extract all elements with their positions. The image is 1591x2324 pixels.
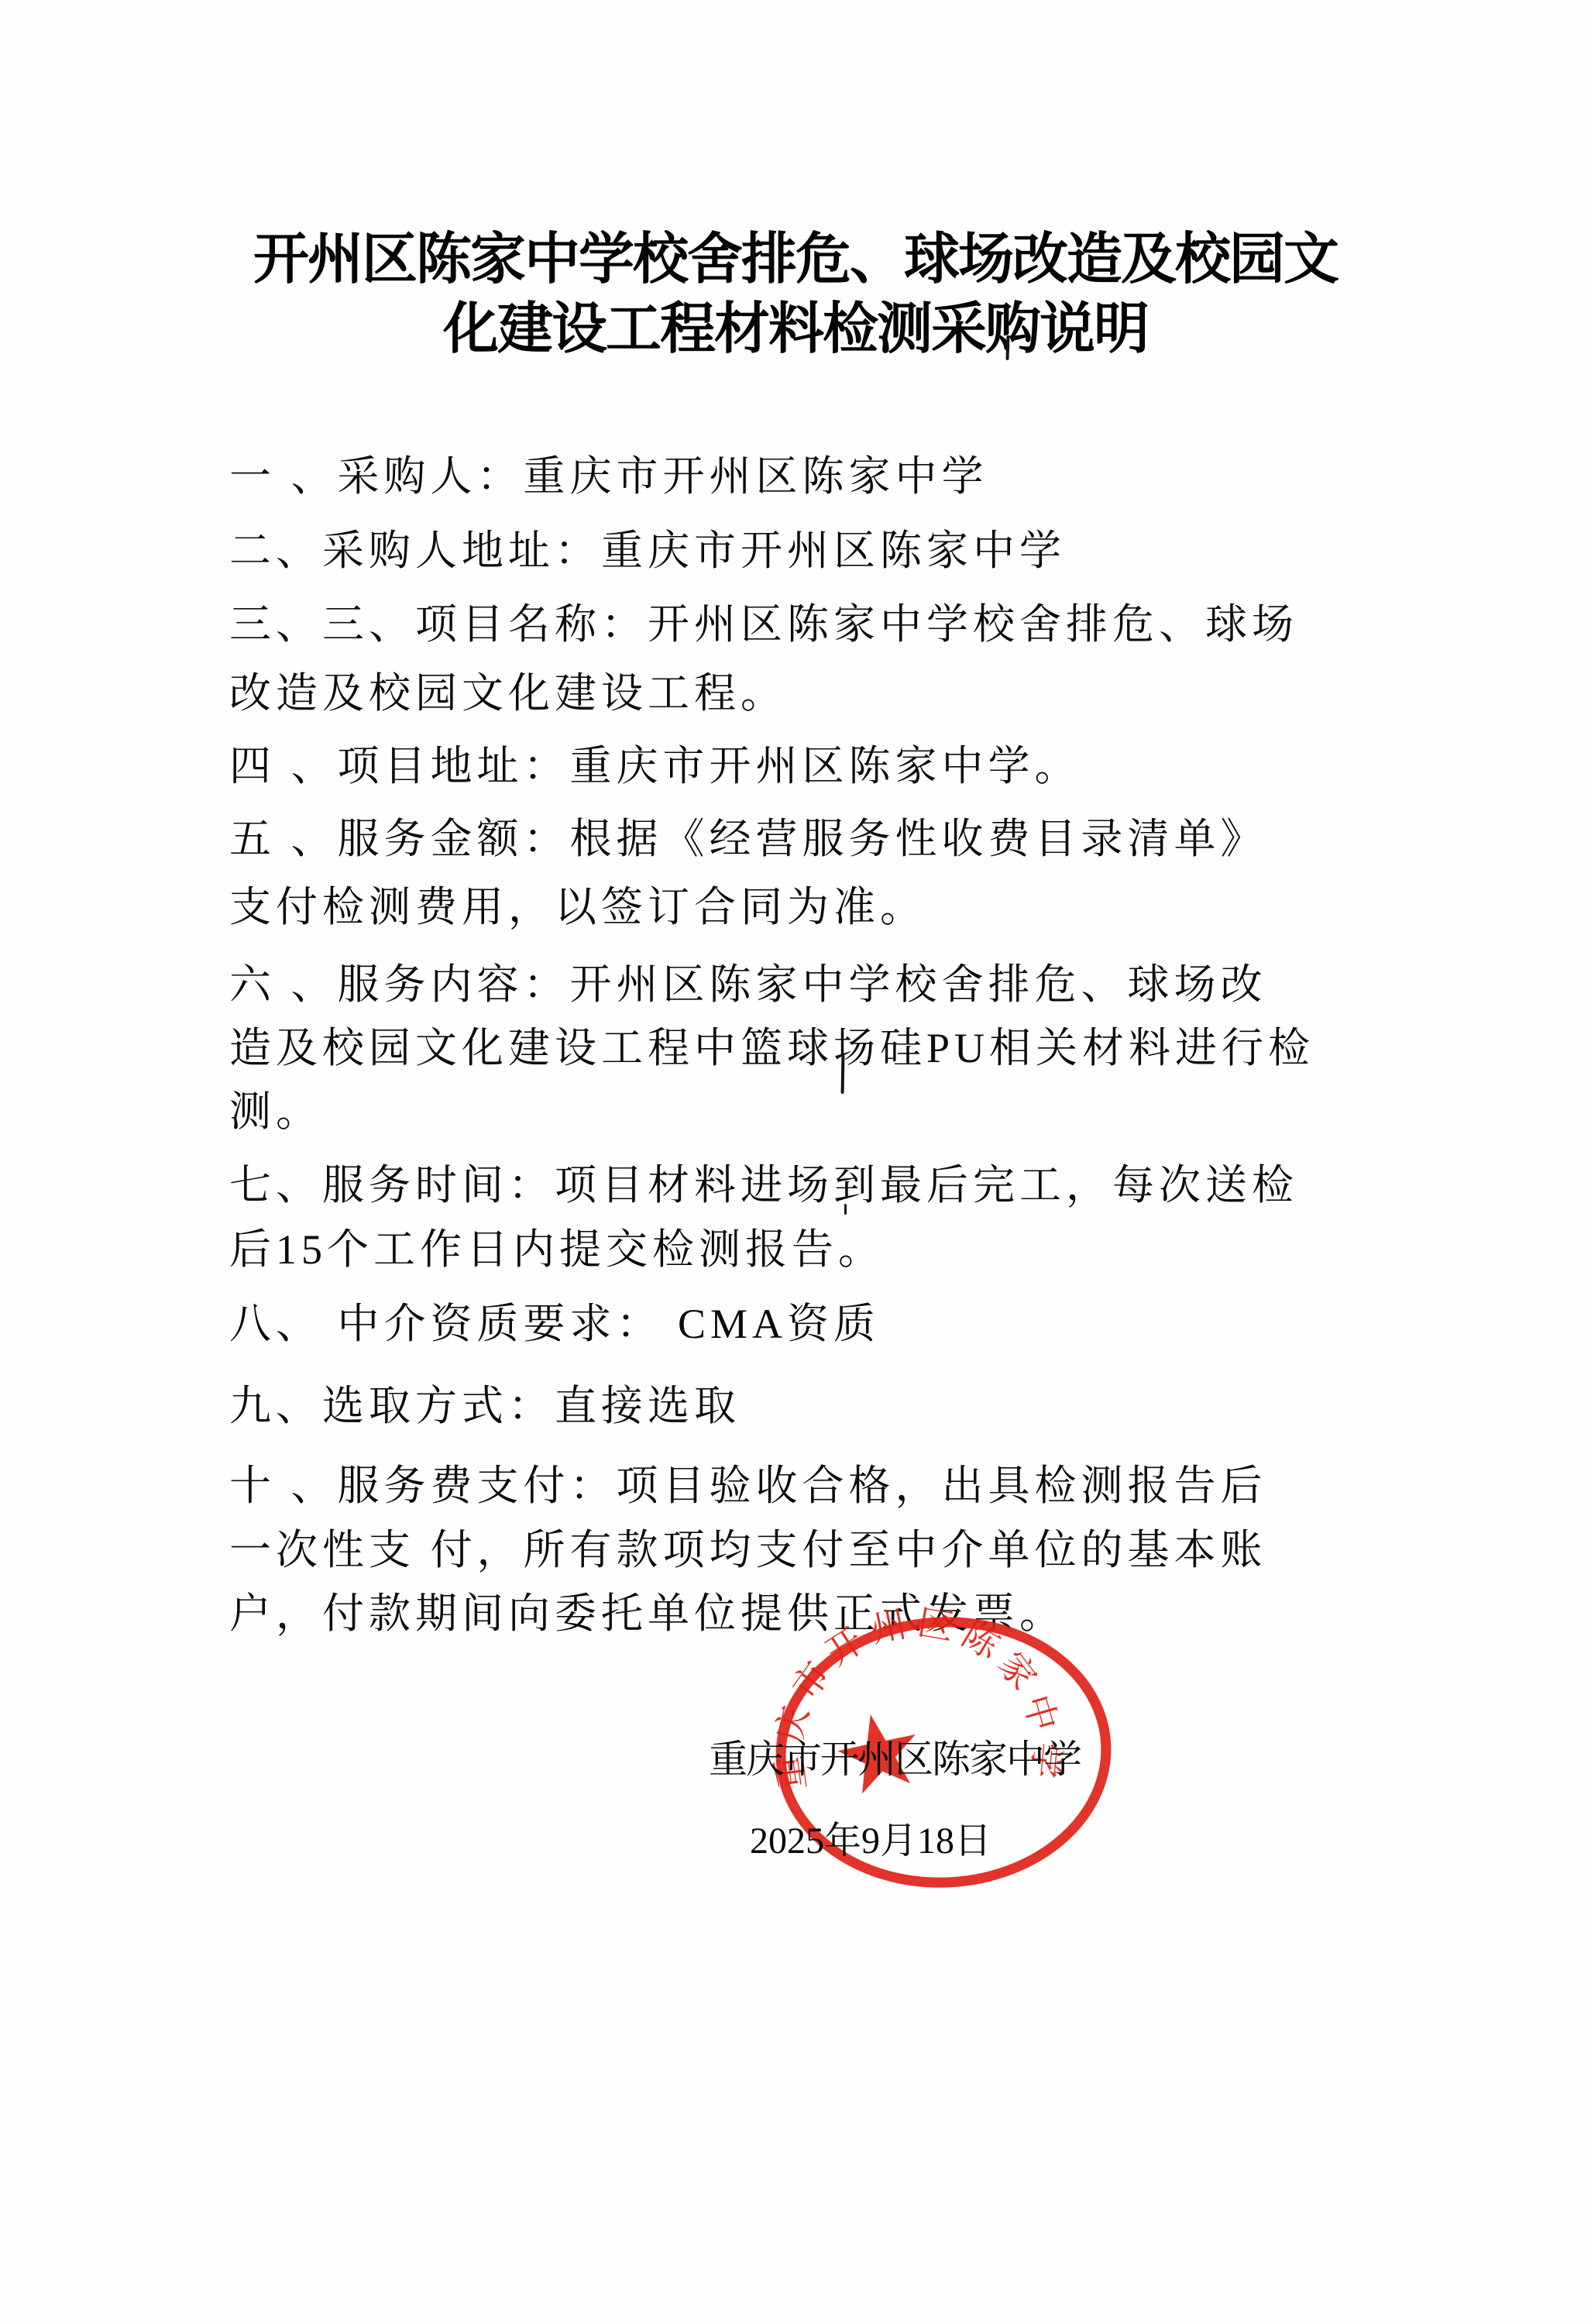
item-6-line-2: 造及校园文化建设工程中篮球场硅PU相关材料进行检 <box>229 1015 1314 1074</box>
item-10-line-1: 十 、服务费支付：项目验收合格，出具检测报告后 <box>229 1452 1267 1512</box>
item-7-line-1: 七、服务时间：项目材料进场到最后完工，每次送检 <box>229 1152 1298 1212</box>
document-page: 开州区陈家中学校舍排危、球场改造及校园文 化建设工程材料检测采购说明 一 、采购… <box>0 0 1591 2324</box>
item-2-line-1: 二、采购人地址：重庆市开州区陈家中学 <box>229 517 1066 577</box>
svg-text:重庆市开州区陈家中学: 重庆市开州区陈家中学 <box>763 1604 1084 1827</box>
item-6-line-3: 测。 <box>229 1078 322 1138</box>
item-3-line-2: 改造及校园文化建设工程。 <box>229 660 787 720</box>
pen-stroke-artifact-item6 <box>841 1055 845 1094</box>
pen-tick-artifact-item7 <box>844 1204 847 1215</box>
item-7-line-2: 后15个工作日内提交检测报告。 <box>229 1216 885 1276</box>
signature-org: 重庆市开州区陈家中学 <box>709 1728 1081 1784</box>
item-10-line-2: 一次性支 付，所有款项均支付至中介单位的基本账 <box>229 1517 1267 1576</box>
item-9-line-1: 九、选取方式：直接选取 <box>229 1373 741 1432</box>
seal-text: 重庆市开州区陈家中学 <box>763 1604 1084 1827</box>
signature-date: 2025年9月18日 <box>750 1810 991 1864</box>
item-8-line-1: 八、 中介资质要求： CMA资质 <box>229 1291 880 1350</box>
item-5-line-2: 支付检测费用，以签订合同为准。 <box>229 874 926 933</box>
item-5-line-1: 五 、服务金额：根据《经营服务性收费目录清单》 <box>229 806 1267 865</box>
item-6-line-1: 六 、服务内容：开州区陈家中学校舍排危、球场改 <box>229 951 1267 1011</box>
document-title-line-2: 化建设工程材料检测采购说明 <box>0 284 1591 364</box>
document-title-line-1: 开州区陈家中学校舍排危、球场改造及校园文 <box>0 214 1591 294</box>
item-3-line-1: 三、三、项目名称：开州区陈家中学校舍排危、球场 <box>229 591 1298 651</box>
item-4-line-1: 四 、项目地址：重庆市开州区陈家中学。 <box>229 733 1081 792</box>
item-1-line-1: 一 、采购人：重庆市开州区陈家中学 <box>229 443 988 503</box>
